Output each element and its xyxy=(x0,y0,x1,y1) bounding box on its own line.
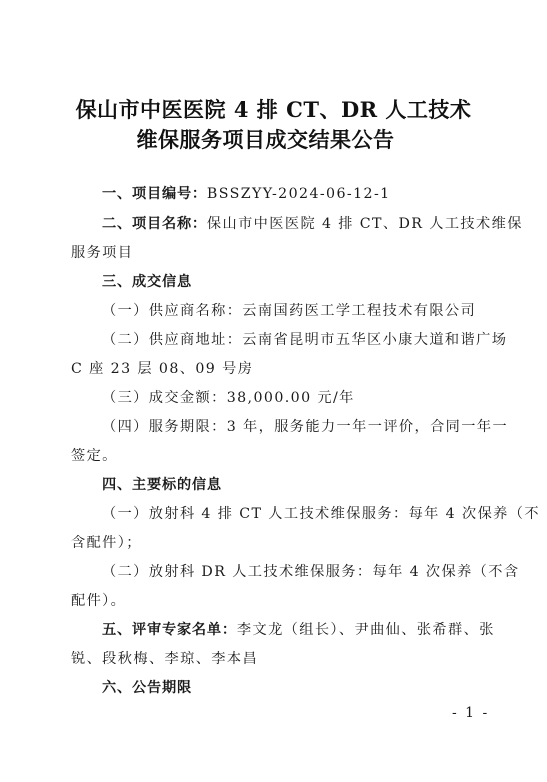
deal-amount: （三）成交金额：38,000.00 元/年 xyxy=(102,388,483,408)
main-item-dr: （二）放射科 DR 人工技术维保服务：每年 4 次保养（不含 xyxy=(102,562,483,582)
main-item-ct: （一）放射科 4 排 CT 人工技术维保服务：每年 4 次保养（不 xyxy=(102,504,483,524)
section-heading: 五、评审专家名单： xyxy=(102,622,237,638)
section-heading: 一、项目编号： xyxy=(102,186,207,202)
expert-list-cont: 锐、段秋梅、李琼、李本昌 xyxy=(71,649,483,669)
supplier-address: （二）供应商地址：云南省昆明市五华区小康大道和谐广场 xyxy=(102,330,483,350)
section-project-number: 一、项目编号：BSSZYY-2024-06-12-1 xyxy=(102,184,483,204)
section-heading-deal-info: 三、成交信息 xyxy=(102,272,483,292)
supplier-name: （一）供应商名称：云南国药医工学工程技术有限公司 xyxy=(102,301,483,321)
project-name-value-cont: 服务项目 xyxy=(71,243,483,263)
section-project-name: 二、项目名称：保山市中医医院 4 排 CT、DR 人工技术维保 xyxy=(102,214,483,234)
section-heading-notice-period: 六、公告期限 xyxy=(102,678,483,698)
expert-list-value: 李文龙（组长）、尹曲仙、张希群、张 xyxy=(237,622,495,638)
main-item-ct-cont: 含配件）； xyxy=(71,533,483,553)
service-period: （四）服务期限：3 年，服务能力一年一评价，合同一年一 xyxy=(102,417,483,437)
project-name-value: 保山市中医医院 4 排 CT、DR 人工技术维保 xyxy=(207,216,523,232)
section-heading: 二、项目名称： xyxy=(102,216,207,232)
section-heading-main-items: 四、主要标的信息 xyxy=(102,475,483,495)
main-item-dr-cont: 配件）。 xyxy=(71,591,483,611)
supplier-address-cont: C 座 23 层 08、09 号房 xyxy=(71,359,483,379)
service-period-cont: 签定。 xyxy=(71,446,483,466)
project-number-value: BSSZYY-2024-06-12-1 xyxy=(207,186,391,202)
page-number: - 1 - xyxy=(452,705,489,721)
document-title-line-2: 维保服务项目成交结果公告 xyxy=(0,124,539,154)
section-expert-list: 五、评审专家名单：李文龙（组长）、尹曲仙、张希群、张 xyxy=(102,620,483,640)
document-title-line-1: 保山市中医医院 4 排 CT、DR 人工技术 xyxy=(0,94,547,124)
